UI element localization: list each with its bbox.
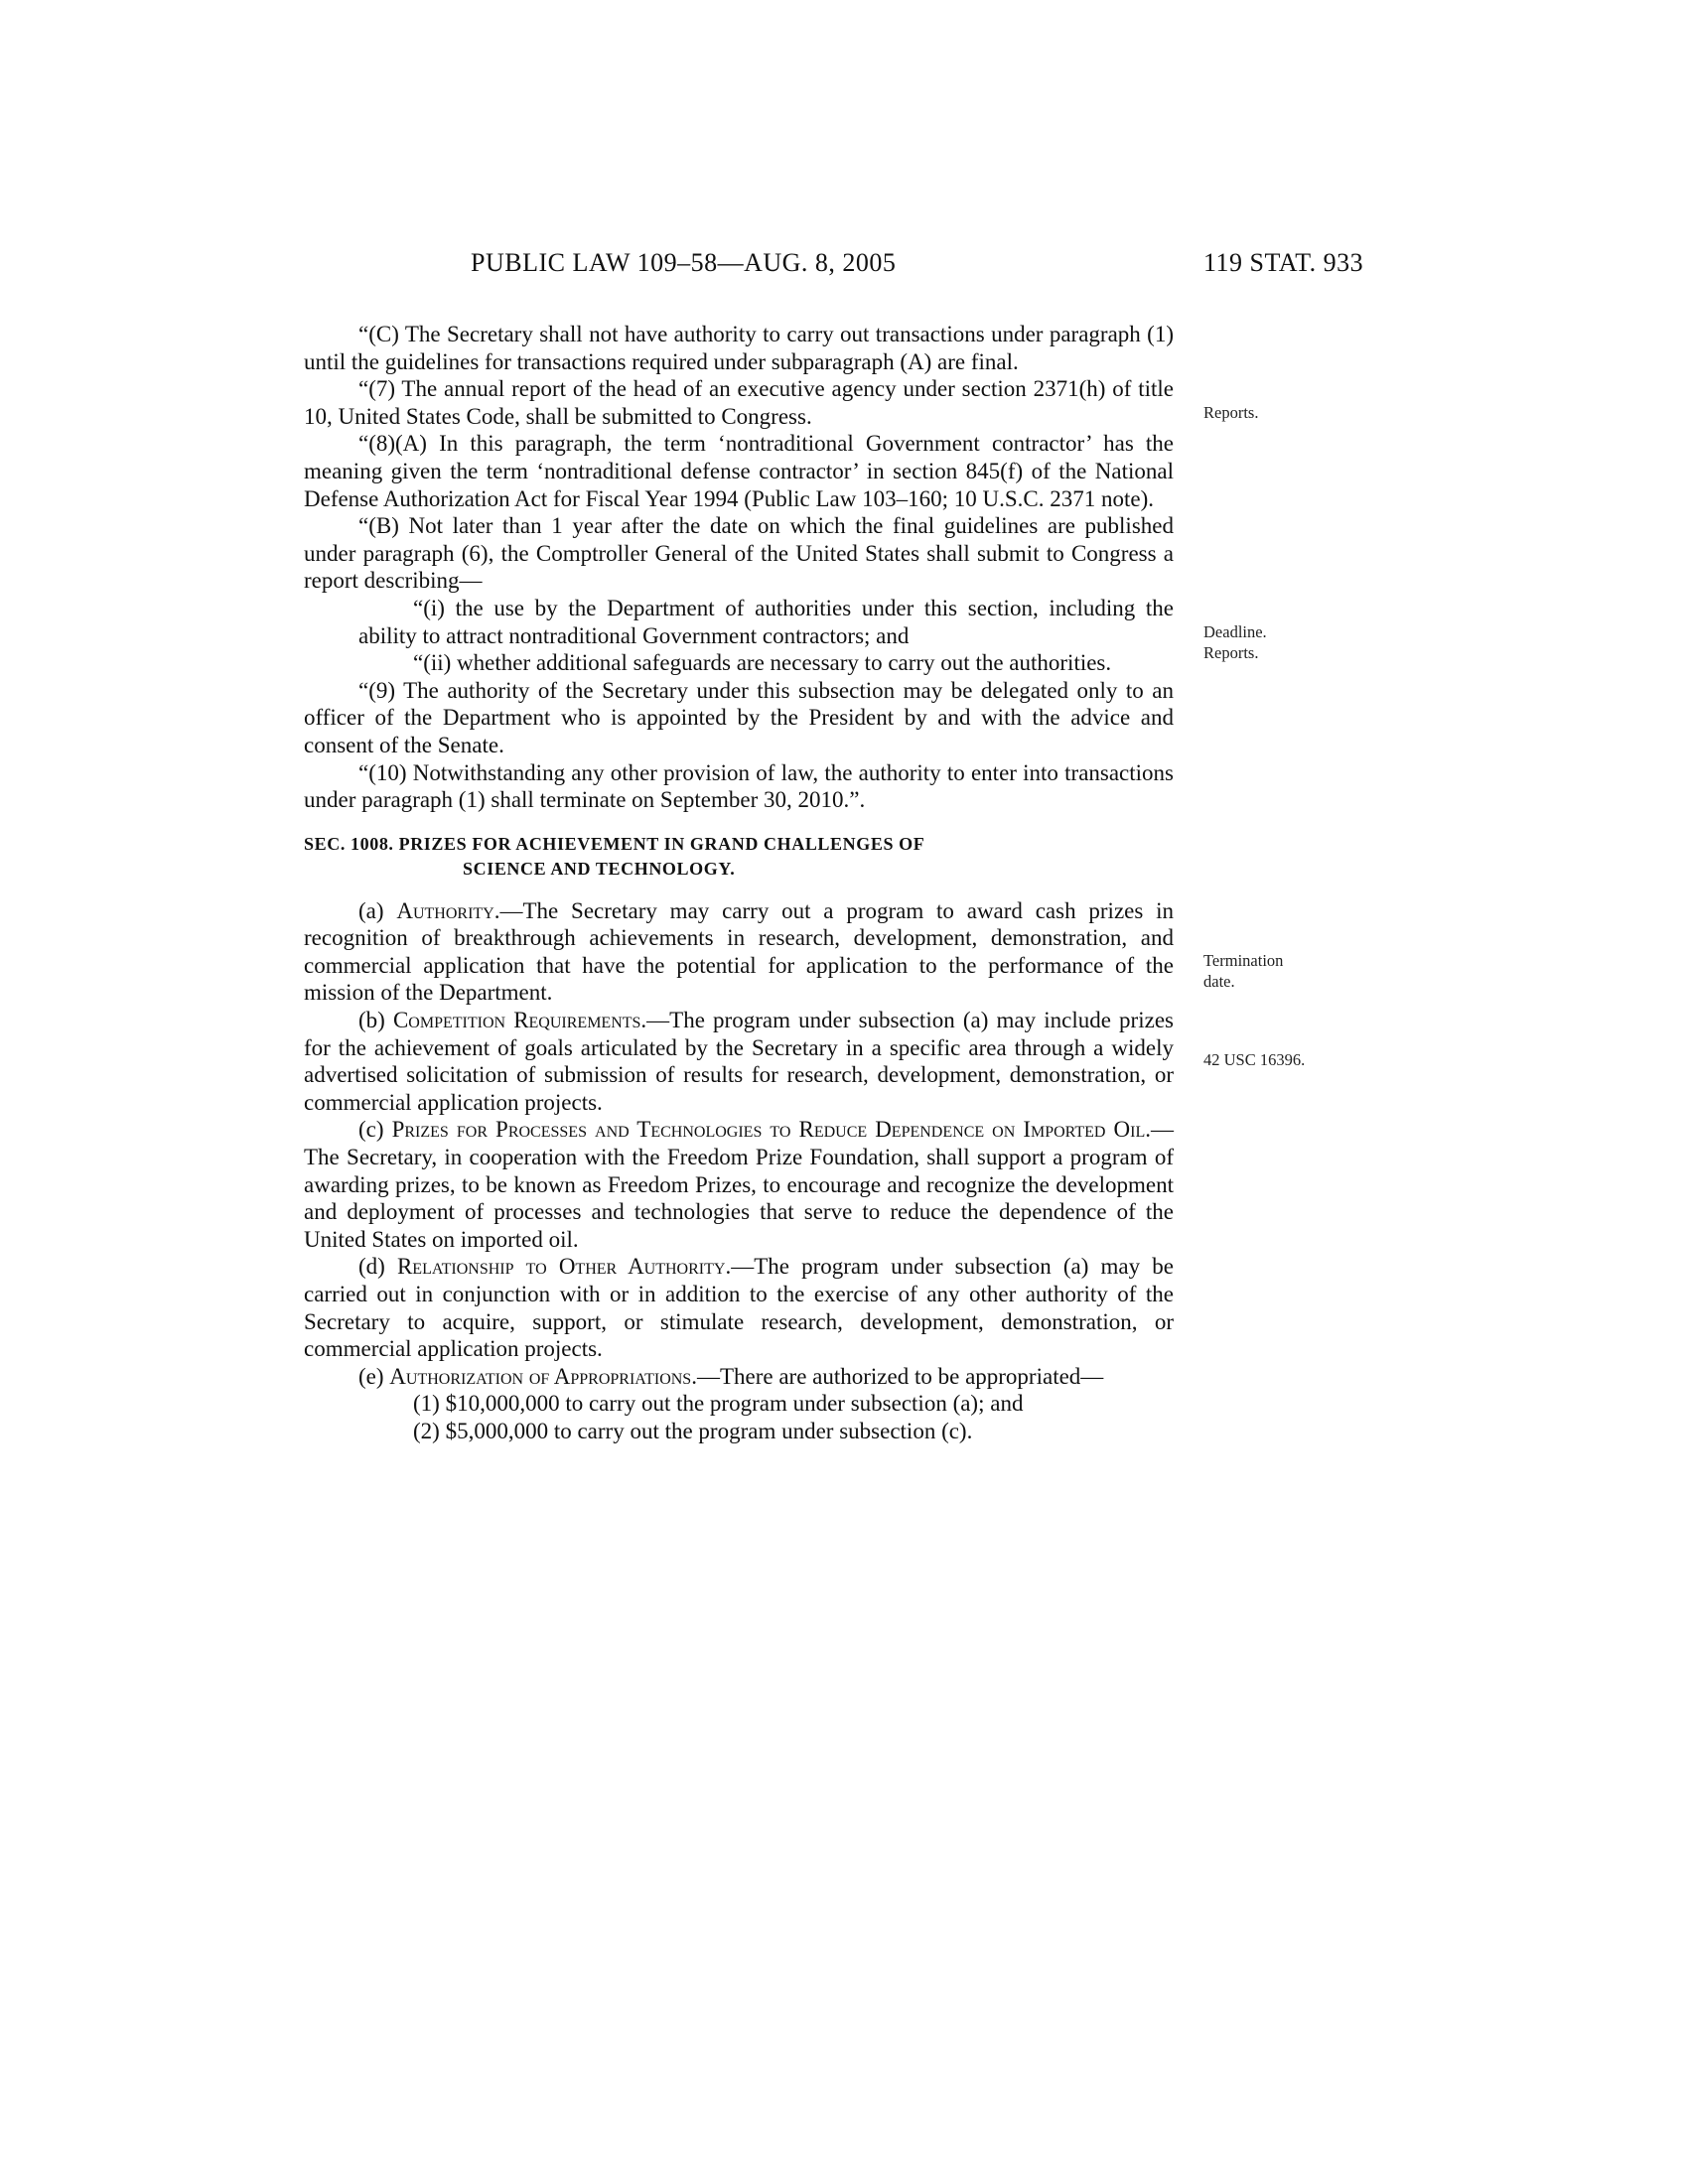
margin-note-reports: Reports.: [1203, 402, 1258, 423]
subsection-a-title: Authority.: [396, 898, 499, 923]
subsection-c: (c) Prizes for Processes and Technologie…: [304, 1116, 1174, 1253]
paragraph-7: “(7) The annual report of the head of an…: [304, 375, 1174, 430]
paragraph-9: “(9) The authority of the Secretary unde…: [304, 677, 1174, 759]
subsection-e-item-1: (1) $10,000,000 to carry out the program…: [304, 1390, 1174, 1418]
paragraph-8A: “(8)(A) In this paragraph, the term ‘non…: [304, 430, 1174, 512]
paragraph-10: “(10) Notwithstanding any other provisio…: [304, 759, 1174, 814]
subsection-d-title: Relationship to Other Authority.: [397, 1254, 731, 1279]
clause-8B-ii: “(ii) whether additional safeguards are …: [304, 649, 1174, 677]
section-heading-line2: SCIENCE AND TECHNOLOGY.: [304, 857, 1174, 882]
paragraph-8B: “(B) Not later than 1 year after the dat…: [304, 512, 1174, 595]
margin-note-deadline-reports: Deadline. Reports.: [1203, 621, 1267, 663]
running-header-title: PUBLIC LAW 109–58—AUG. 8, 2005: [471, 248, 896, 278]
document-body: “(C) The Secretary shall not have author…: [304, 321, 1174, 1445]
subsection-b-title: Competition Requirements.: [393, 1008, 646, 1032]
paragraph-6C: “(C) The Secretary shall not have author…: [304, 321, 1174, 375]
subsection-c-title: Prizes for Processes and Technologies to…: [392, 1117, 1151, 1142]
subsection-e-item-2: (2) $5,000,000 to carry out the program …: [304, 1418, 1174, 1445]
page-stat-citation: 119 STAT. 933: [1203, 248, 1363, 278]
margin-note-termination-date: Termination date.: [1203, 950, 1283, 992]
section-heading-line1: SEC. 1008. PRIZES FOR ACHIEVEMENT IN GRA…: [304, 834, 924, 854]
section-heading: SEC. 1008. PRIZES FOR ACHIEVEMENT IN GRA…: [304, 832, 1174, 882]
clause-8B-i: “(i) the use by the Department of author…: [304, 595, 1174, 649]
subsection-e: (e) Authorization of Appropriations.—The…: [304, 1363, 1174, 1391]
subsection-a: (a) Authority.—The Secretary may carry o…: [304, 897, 1174, 1007]
margin-note-usc-citation: 42 USC 16396.: [1203, 1049, 1305, 1070]
document-page: PUBLIC LAW 109–58—AUG. 8, 2005 119 STAT.…: [0, 0, 1688, 2184]
subsection-b: (b) Competition Requirements.—The progra…: [304, 1007, 1174, 1116]
subsection-d: (d) Relationship to Other Authority.—The…: [304, 1253, 1174, 1362]
subsection-e-title: Authorization of Appropriations.: [389, 1364, 697, 1389]
